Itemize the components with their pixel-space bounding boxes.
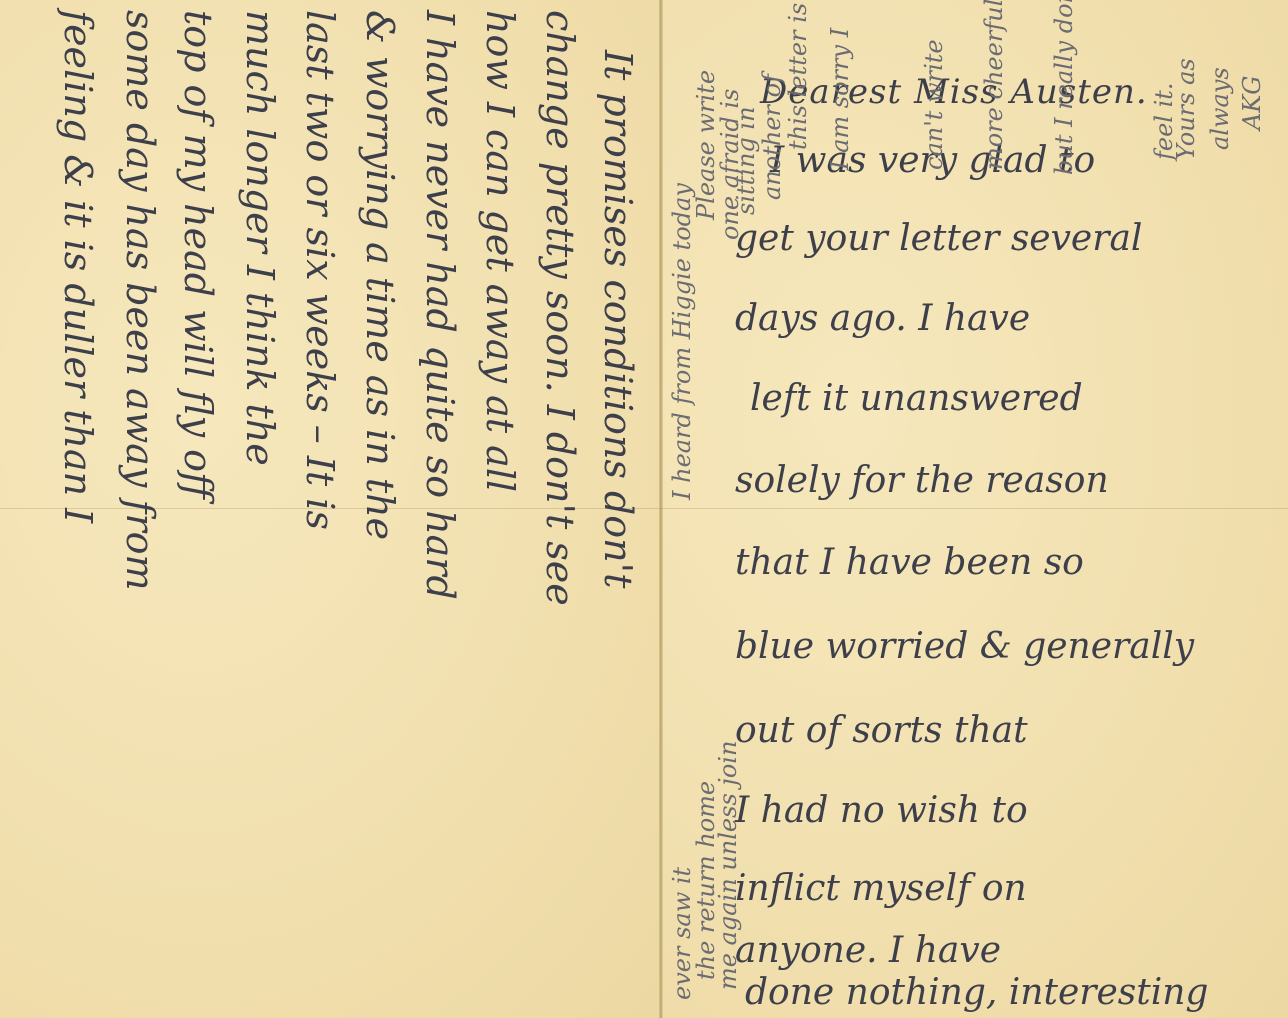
cross-writing-line: another of — [758, 74, 786, 200]
right-line: days ago. I have — [735, 298, 1030, 339]
right-line: left it unanswered — [750, 378, 1083, 419]
page-fold — [659, 0, 663, 1018]
cross-writing-line: more cheerfully — [980, 0, 1008, 170]
cross-writing-line: can't write — [920, 39, 948, 170]
cross-writing-line: I am sorry I — [826, 28, 854, 170]
right-line: out of sorts that — [735, 710, 1028, 751]
cross-writing-line: me again unless join — [714, 741, 742, 990]
right-line: inflict myself on — [735, 868, 1027, 909]
right-line: blue worried & generally — [735, 626, 1194, 667]
signoff-line: always — [1206, 67, 1234, 150]
right-line: get your letter several — [735, 218, 1142, 259]
cross-writing-line: Yours as — [1172, 58, 1200, 160]
right-line: I had no wish to — [735, 790, 1028, 831]
signature: AKG — [1238, 76, 1266, 130]
right-line: anyone. I have — [735, 930, 1001, 971]
left-line: It promises conditions don't — [596, 50, 640, 588]
left-line: some day has been away from — [118, 10, 162, 591]
cross-writing-line: I heard from Higgie today — [668, 183, 696, 500]
left-line: change pretty soon. I don't see — [538, 10, 582, 606]
cross-writing-line: sitting in — [732, 106, 760, 215]
right-line: done nothing, interesting — [745, 972, 1208, 1013]
left-line: I have never had quite so hard — [418, 10, 462, 600]
cross-writing-line: this letter is — [784, 3, 812, 150]
left-line: much longer I think the — [238, 10, 282, 466]
right-line: that I have been so — [735, 542, 1084, 583]
left-line: last two or six weeks – It is — [298, 10, 342, 530]
left-line: & worrying a time as in the — [358, 10, 402, 540]
left-line: top of my head will fly off — [176, 10, 220, 499]
left-line: how I can get away at all — [478, 10, 522, 492]
salutation: Dearest Miss Austen. — [760, 72, 1148, 112]
left-line: feeling & it is duller than I — [56, 10, 100, 523]
left-page-text: It promises conditions don't change pret… — [0, 10, 640, 1010]
right-line: solely for the reason — [735, 460, 1109, 501]
cross-writing-line: but I really don't — [1050, 0, 1078, 175]
